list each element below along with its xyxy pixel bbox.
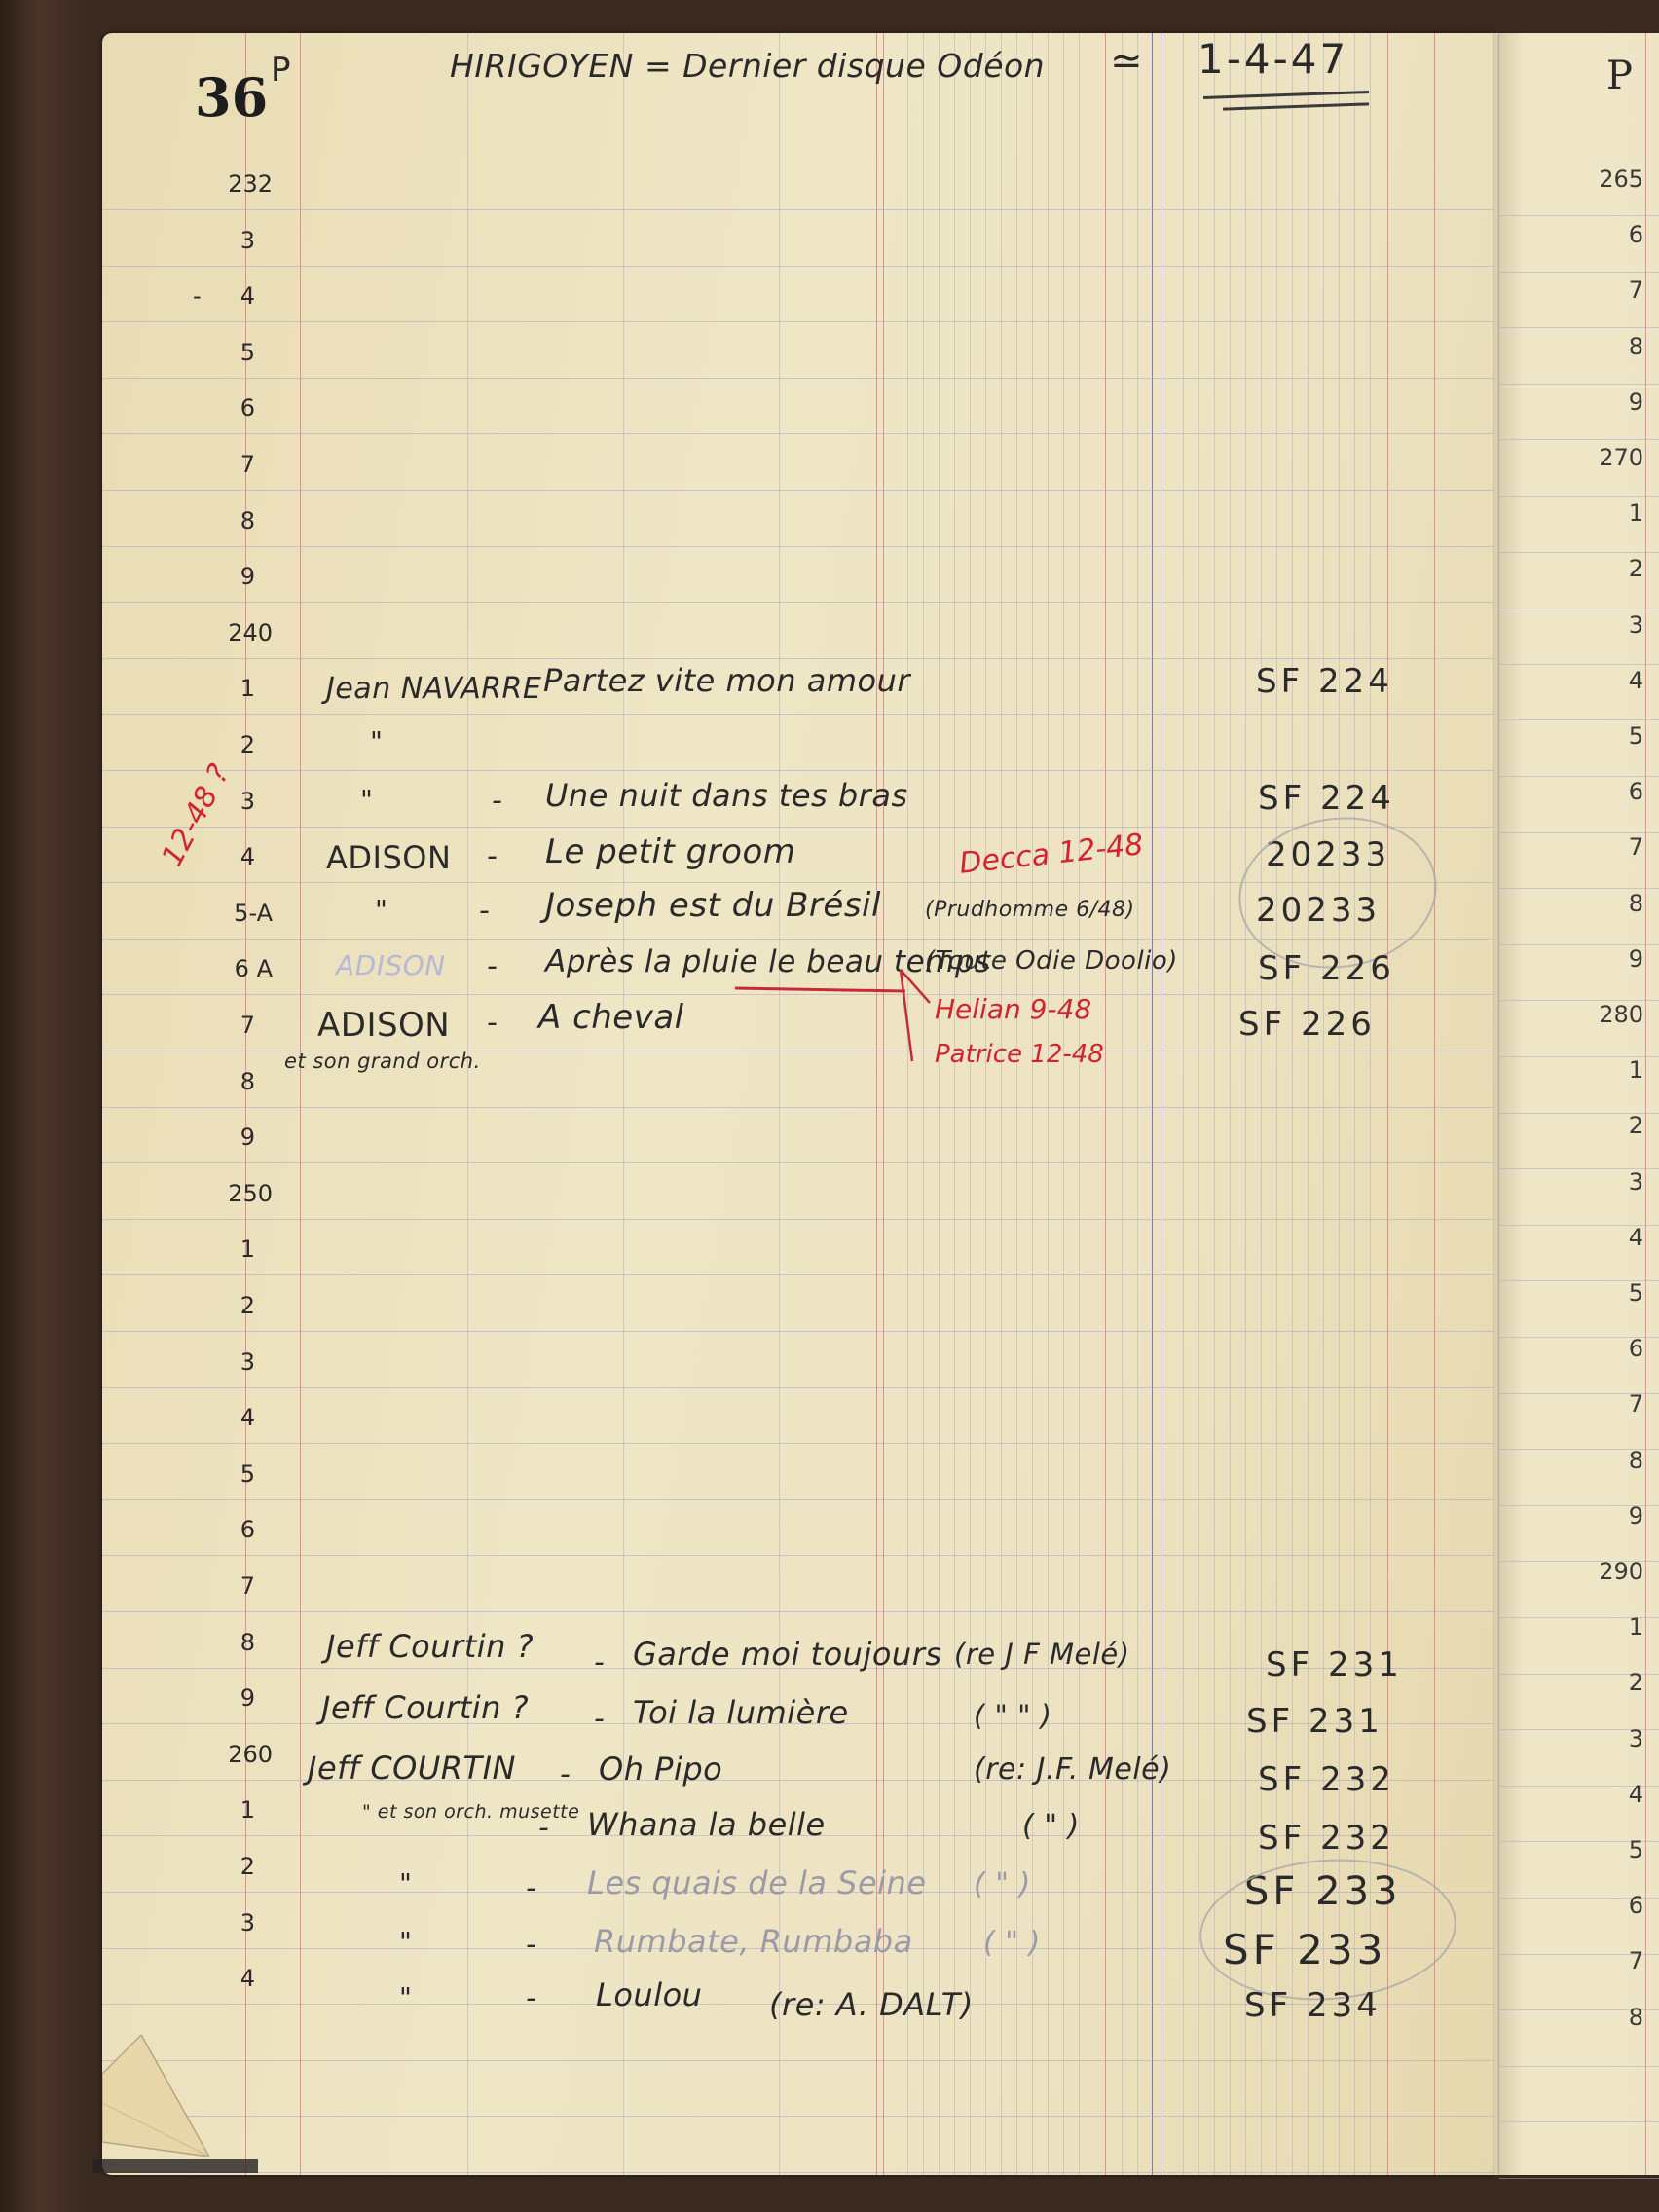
ruling-red-double (876, 33, 877, 2175)
entry-ref: SF 224 (1256, 662, 1393, 701)
line-number: 6 (177, 394, 255, 422)
ruling-grey (1016, 33, 1017, 2175)
ruling-horizontal (1499, 608, 1659, 608)
ruling-horizontal (102, 546, 1494, 547)
ruling-horizontal (102, 770, 1494, 771)
entry-artist: " (399, 1867, 412, 1899)
right-line-number: 2 (1575, 1112, 1643, 1139)
line-number: 6 A (195, 955, 273, 982)
ruling-horizontal (102, 658, 1494, 659)
ruling-horizontal (102, 1611, 1494, 1612)
line-number: 5 (177, 1460, 255, 1488)
ruling-grey (923, 33, 924, 2175)
entry-note: ( " ) (1022, 1809, 1080, 1843)
line-number: 2 (177, 1292, 255, 1319)
entry-ref: SF 224 (1258, 779, 1395, 818)
entry-ref: SF 232 (1258, 1819, 1395, 1858)
entry-title-faint: Les quais de la Seine (587, 1864, 927, 1901)
line-number: 240 (195, 619, 273, 646)
entry-title: Partez vite mon amour (543, 662, 910, 699)
right-line-number: 1 (1575, 1056, 1643, 1084)
ruling-grey (1048, 33, 1049, 2175)
ruling-grey (1063, 33, 1064, 2175)
right-line-number: 270 (1575, 444, 1643, 471)
entry-sep: - (492, 784, 502, 818)
line-number: 8 (177, 1629, 255, 1656)
ruling-red-margin (300, 33, 301, 2175)
ruling-grey (1198, 33, 1199, 2175)
ruling-grey (1001, 33, 1002, 2175)
right-line-number: 5 (1575, 1836, 1643, 1863)
ruling-blue-double (1152, 33, 1153, 2175)
entry-artist: " (370, 725, 383, 757)
red-annotation-patrice: Patrice 12-48 (935, 1040, 1104, 1069)
entry-sep: - (487, 839, 498, 873)
entry-title: Une nuit dans tes bras (545, 777, 908, 814)
ruling-horizontal (102, 209, 1494, 210)
ruling-grey (954, 33, 955, 2175)
entry-note-faint: ( " ) (974, 1867, 1031, 1901)
ruling-horizontal (1499, 496, 1659, 497)
line-number: 6 (177, 1516, 255, 1543)
right-line-number: 6 (1575, 1335, 1643, 1362)
red-arrow-icon (891, 964, 949, 1071)
entry-title-faint: Rumbate, Rumbaba (594, 1923, 913, 1960)
entry-title: Toi la lumière (633, 1694, 849, 1731)
entry-sep: - (538, 1811, 549, 1845)
right-line-number: 9 (1575, 945, 1643, 973)
entry-note: ( " " ) (974, 1699, 1051, 1732)
right-line-number: 7 (1575, 833, 1643, 861)
ruling-grey (1079, 33, 1080, 2175)
right-line-number: 1 (1575, 1613, 1643, 1641)
line-number: 7 (177, 451, 255, 478)
right-line-number: 7 (1575, 276, 1643, 304)
line-number: 250 (195, 1180, 273, 1207)
right-line-number: 1 (1575, 499, 1643, 527)
right-line-number: 7 (1575, 1390, 1643, 1418)
ruling-grey (1214, 33, 1215, 2175)
entry-ref: SF 231 (1266, 1645, 1403, 1684)
ruling-horizontal (102, 827, 1494, 828)
line-number: 1 (177, 1235, 255, 1263)
ruling-horizontal (102, 490, 1494, 491)
ruling-horizontal (1499, 719, 1659, 720)
ruling-horizontal (102, 1331, 1494, 1332)
ruling-horizontal (1499, 439, 1659, 440)
ruling-horizontal (102, 433, 1494, 434)
entry-artist-sub: et son grand orch. (284, 1050, 481, 1073)
entry-artist: " (360, 784, 373, 816)
line-number: 4 (177, 282, 255, 310)
ruling-blue-double (1161, 33, 1161, 2175)
line-number: 260 (195, 1741, 273, 1768)
entry-ref: SF 226 (1238, 1005, 1376, 1044)
right-line-number: 3 (1575, 1168, 1643, 1196)
right-line-number: 8 (1575, 333, 1643, 360)
line-number: 5-A (195, 900, 273, 927)
page-number: 36 (195, 66, 268, 129)
ruling-horizontal (102, 1162, 1494, 1163)
ruling-horizontal (102, 2116, 1494, 2117)
line-number: 4 (177, 1404, 255, 1431)
page-letter: P (271, 51, 291, 90)
entry-sep: - (526, 1871, 536, 1905)
line-number: 1 (177, 675, 255, 702)
ruling-grey (1032, 33, 1033, 2175)
line-number: 3 (177, 227, 255, 254)
ruling-grey (779, 33, 780, 2175)
right-line-number: 8 (1575, 890, 1643, 917)
ruling-horizontal (1499, 664, 1659, 665)
entry-artist-erased: ADISON (336, 949, 446, 981)
line-number: 9 (177, 563, 255, 590)
entry-title: Joseph est du Brésil (545, 886, 881, 925)
line-number: 3 (177, 1909, 255, 1936)
entry-ref: SF 234 (1244, 1986, 1382, 2025)
line-number: 4 (177, 1965, 255, 1992)
right-line-number: 6 (1575, 221, 1643, 248)
ruling-horizontal (102, 321, 1494, 322)
entry-artist: ADISON (326, 839, 451, 876)
entry-sep: - (526, 1981, 536, 2015)
entry-sep: - (594, 1702, 605, 1736)
right-line-number: 9 (1575, 1502, 1643, 1530)
ruling-horizontal (102, 2060, 1494, 2061)
ruling-horizontal (1499, 2066, 1659, 2067)
right-line-number: 2 (1575, 555, 1643, 582)
ruling-grey (1183, 33, 1184, 2175)
right-page-letter: P (1606, 54, 1633, 98)
right-line-number: 4 (1575, 1781, 1643, 1808)
ruling-horizontal (102, 378, 1494, 379)
entry-ref: SF 231 (1246, 1702, 1383, 1741)
ruling-horizontal (102, 1555, 1494, 1556)
right-line-number: 290 (1575, 1558, 1643, 1585)
entry-sep: - (594, 1645, 605, 1679)
right-line-number: 8 (1575, 1447, 1643, 1474)
line-number: 5 (177, 339, 255, 366)
line-number: 2 (177, 1853, 255, 1880)
red-annotation-helian: Helian 9-48 (935, 993, 1091, 1025)
ruling-horizontal (102, 2172, 1494, 2173)
ruling-horizontal (102, 1443, 1494, 1444)
entry-ref: SF 232 (1258, 1760, 1395, 1799)
ruling-grey (939, 33, 940, 2175)
ruling-grey (1137, 33, 1138, 2175)
entry-artist: Jeff COURTIN (308, 1750, 516, 1787)
ruling-horizontal (1499, 327, 1659, 328)
right-line-number: 265 (1575, 166, 1643, 193)
entry-title: Le petit groom (545, 832, 795, 871)
ruling-horizontal (102, 994, 1494, 995)
line-number: 7 (177, 1572, 255, 1600)
ruling-horizontal (102, 1107, 1494, 1108)
entry-ref: SF 226 (1258, 949, 1395, 988)
line-number: 3 (177, 1348, 255, 1376)
ruling-horizontal (102, 1219, 1494, 1220)
right-line-number: 4 (1575, 1224, 1643, 1251)
binding-tape (92, 2159, 258, 2173)
entry-sep: - (487, 949, 498, 983)
ruling-horizontal (102, 1274, 1494, 1275)
header-title: HIRIGOYEN = Dernier disque Odéon (450, 47, 1045, 85)
entry-sep: - (479, 894, 490, 928)
ruling-red-double (883, 33, 884, 2175)
approx-sign: ≃ (1110, 39, 1143, 84)
right-line-number: 4 (1575, 667, 1643, 694)
ruling-grey (1230, 33, 1231, 2175)
ruling-horizontal (102, 266, 1494, 267)
line-number: 1 (177, 1796, 255, 1824)
line-number: 9 (177, 1684, 255, 1712)
ruling-horizontal (1499, 215, 1659, 216)
right-line-number: 5 (1575, 1279, 1643, 1307)
ruling-horizontal (102, 714, 1494, 715)
entry-note: (Toute Odie Doolio) (925, 946, 1178, 976)
line-number: 7 (177, 1012, 255, 1039)
right-line-number: 2 (1575, 1669, 1643, 1696)
entry-artist: ADISON (317, 1006, 450, 1045)
entry-note: (re: A. DALT) (769, 1986, 974, 2023)
right-line-number: 8 (1575, 2004, 1643, 2031)
entry-note: (re: J.F. Melé) (974, 1752, 1171, 1787)
entry-note: (Prudhomme 6/48) (925, 898, 1135, 922)
entry-note: (re J F Melé) (954, 1638, 1130, 1671)
right-line-number: 6 (1575, 1892, 1643, 1919)
header-date: 1-4-47 (1198, 35, 1348, 83)
entry-title: Oh Pipo (599, 1751, 722, 1788)
right-line-number: 6 (1575, 778, 1643, 805)
right-line-number: 3 (1575, 611, 1643, 639)
entry-sep: - (526, 1928, 536, 1962)
entry-sep: - (560, 1757, 571, 1791)
ruling-grey (907, 33, 908, 2175)
right-line-number: 280 (1575, 1001, 1643, 1028)
line-number: 9 (177, 1124, 255, 1151)
ruling-horizontal (1499, 2178, 1659, 2179)
entry-sep: - (487, 1006, 498, 1040)
ruling-horizontal (102, 1499, 1494, 1500)
ruling-grey (970, 33, 971, 2175)
right-line-number: 9 (1575, 388, 1643, 416)
right-line-number: 5 (1575, 722, 1643, 750)
ruling-horizontal (1499, 2121, 1659, 2122)
entry-title: Whana la belle (587, 1806, 826, 1843)
line-number: 8 (177, 1068, 255, 1095)
entry-title: Garde moi toujours (633, 1636, 942, 1673)
entry-artist: Jean NAVARRE (326, 672, 541, 706)
right-line-number: 7 (1575, 1947, 1643, 1974)
ruling-red-right-page (1645, 33, 1646, 2175)
line-number: 232 (195, 170, 273, 198)
ruling-grey (985, 33, 986, 2175)
ruling-grey (467, 33, 468, 2175)
entry-title: A cheval (538, 998, 684, 1037)
line-number: 2 (177, 731, 255, 758)
ruling-red-right-margin (1434, 33, 1435, 2175)
ruling-horizontal (102, 602, 1494, 603)
entry-artist: " (399, 1926, 412, 1958)
ruling-grey (1245, 33, 1246, 2175)
entry-note-faint: ( " ) (983, 1926, 1041, 1960)
ruling-grey (1122, 33, 1123, 2175)
entry-artist: Jeff Courtin ? (321, 1689, 529, 1726)
line-number: 8 (177, 507, 255, 535)
entry-artist: " (375, 894, 387, 926)
entry-title: Loulou (596, 1976, 702, 2013)
ruling-horizontal (102, 1387, 1494, 1388)
ruling-horizontal (1499, 272, 1659, 273)
ruling-grey (623, 33, 624, 2175)
entry-artist: " (399, 1981, 412, 2013)
ruling-horizontal (1499, 384, 1659, 385)
ruling-horizontal (1499, 552, 1659, 553)
entry-artist: Jeff Courtin ? (326, 1628, 534, 1665)
ruling-red (1105, 33, 1106, 2175)
ruling-horizontal (1499, 776, 1659, 777)
right-line-number: 3 (1575, 1725, 1643, 1752)
